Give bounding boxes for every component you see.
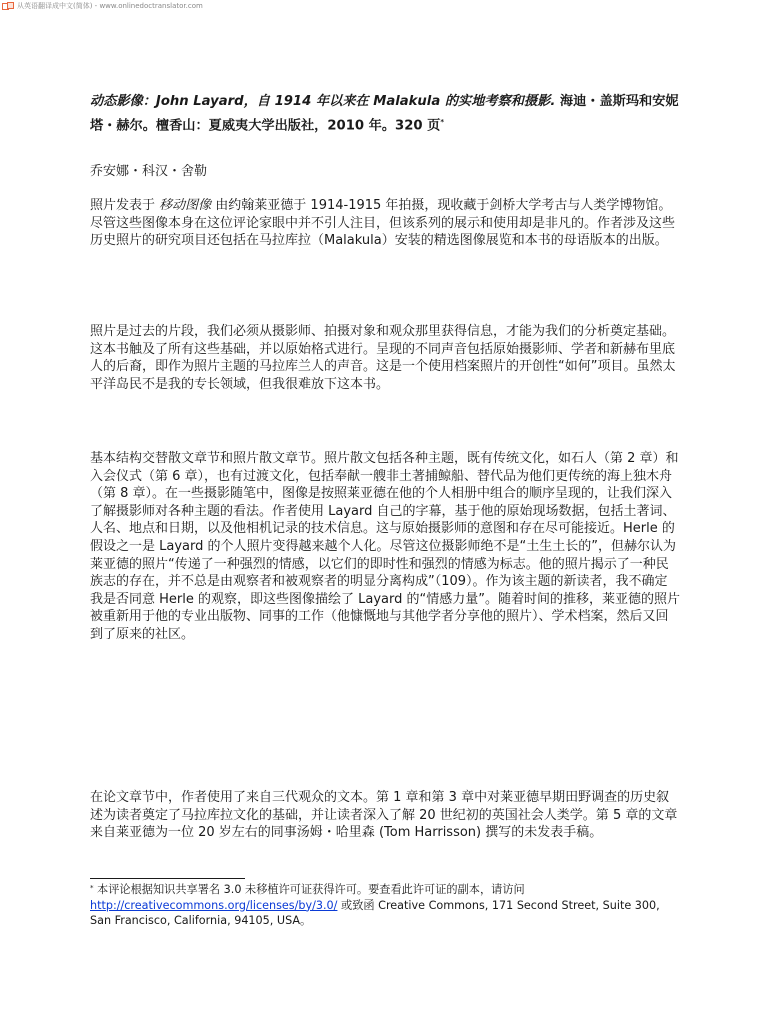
paragraph-1: 照片发表于 移动图像 由约翰莱亚德于 1914-1915 年拍摄，现收藏于剑桥大… <box>90 197 680 250</box>
footnote: * 本评论根据知识共享署名 3.0 未移植许可证获得许可。要查看此许可证的副本，… <box>90 882 680 929</box>
translator-banner: 从英语翻译成中文(简体) - www.onlinedoctranslator.c… <box>0 0 203 12</box>
footnote-divider <box>90 878 245 879</box>
pdf-translate-icon <box>2 2 15 11</box>
footnote-text: 本评论根据知识共享署名 3.0 未移植许可证获得许可。要查看此许可证的副本，请访… <box>94 883 525 896</box>
review-title-book: 动态影像：John Layard，自 1914 年以来在 Malakula 的实… <box>90 94 555 109</box>
review-author: 乔安娜・科汉・舍勒 <box>90 163 680 181</box>
translator-banner-text: 从英语翻译成中文(简体) - www.onlinedoctranslator.c… <box>17 0 203 12</box>
title-footnote-marker: * <box>440 118 444 126</box>
paragraph-1-book-title: 移动图像 <box>159 198 211 213</box>
paragraph-3: 基本结构交替散文章节和照片散文章节。照片散文包括各种主题，既有传统文化，如石人（… <box>90 450 680 644</box>
paragraph-4: 在论文章节中，作者使用了来自三代观众的文本。第 1 章和第 3 章中对莱亚德早期… <box>90 789 680 842</box>
paragraph-1-lead: 照片发表于 <box>90 198 159 213</box>
license-link[interactable]: http://creativecommons.org/licenses/by/3… <box>90 899 337 912</box>
footnote-marker: * <box>90 884 94 892</box>
review-title: 动态影像：John Layard，自 1914 年以来在 Malakula 的实… <box>90 92 680 136</box>
paragraph-2: 照片是过去的片段，我们必须从摄影师、拍摄对象和观众那里获得信息，才能为我们的分析… <box>90 323 680 393</box>
